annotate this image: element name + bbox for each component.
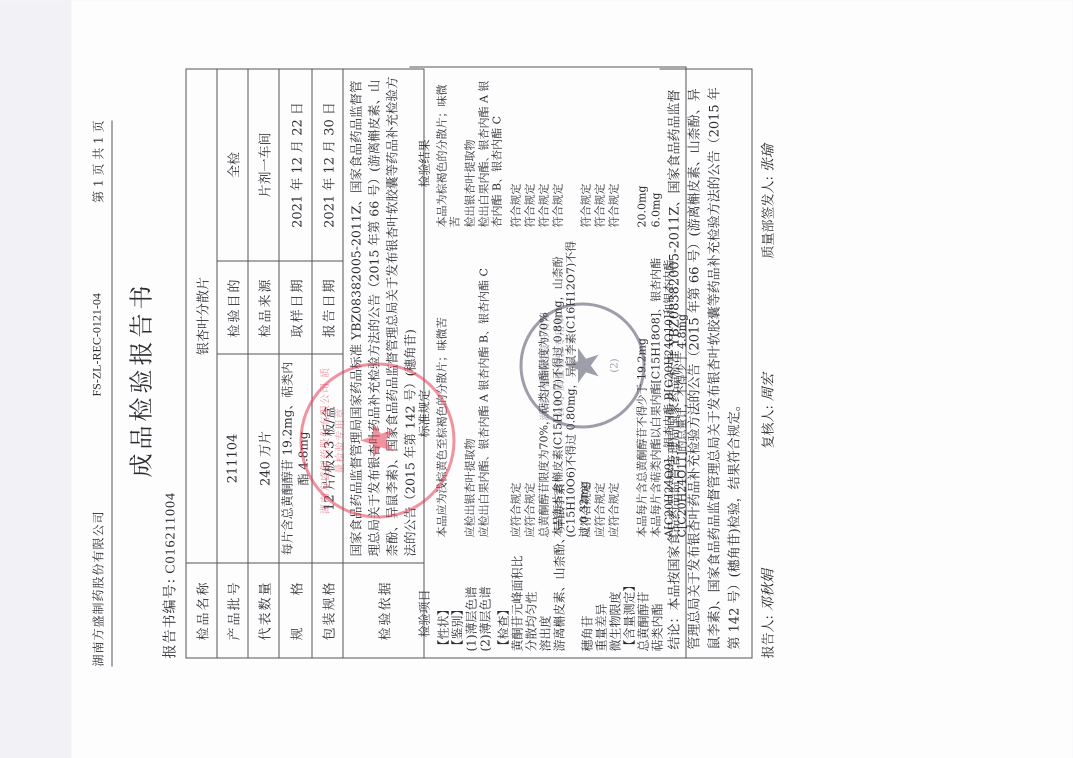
purpose-value: 全检 bbox=[217, 69, 248, 261]
table-row: 包装规格 12 片/板×3 板/盒 报告日期 2021 年 12 月 30 日 bbox=[312, 69, 343, 658]
test-item-standard: 应检出银杏叶提取物 bbox=[464, 238, 477, 538]
column-header-result: 检验结果 bbox=[416, 139, 433, 187]
approver-label: 质量部签发人: bbox=[762, 176, 777, 258]
table-row: 规 格 每片含总黄酮醇苷 19.2mg、萜类内酯 4.8mg 取样日期 2021… bbox=[279, 69, 312, 658]
package-value: 12 片/板×3 板/盒 bbox=[312, 354, 343, 563]
test-item-result: 本品为棕褐色的分散片；味微苦 bbox=[436, 78, 462, 228]
report-date-value: 2021 年 12 月 30 日 bbox=[312, 69, 343, 261]
document-code: FS-ZL-REC-0121-04 bbox=[90, 293, 105, 396]
inspection-report-page: 湖南方盛制药股份有限公司 FS-ZL-REC-0121-04 第 1 页 共 1… bbox=[0, 1, 1073, 758]
report-number-label: 报告书编号: bbox=[163, 578, 179, 659]
header-rule bbox=[112, 121, 113, 667]
test-item-standard: 应符合规定 bbox=[580, 238, 593, 538]
scan-frame: 湖南方盛制药股份有限公司 FS-ZL-REC-0121-04 第 1 页 共 1… bbox=[0, 0, 1073, 758]
test-item-standard: 应符合规定 bbox=[594, 238, 607, 538]
sample-date-label: 取样日期 bbox=[279, 261, 312, 354]
quantity-value: 240 万片 bbox=[248, 354, 279, 563]
reviewer-label: 复核人: bbox=[762, 405, 777, 448]
spec-value: 每片含总黄酮醇苷 19.2mg、萜类内酯 4.8mg bbox=[279, 354, 312, 563]
company-name: 湖南方盛制药股份有限公司 bbox=[90, 510, 107, 666]
batch-label: 产品批号 bbox=[217, 563, 248, 658]
quantity-label: 代表数量 bbox=[248, 563, 279, 658]
reporter-label: 报告人: bbox=[762, 615, 777, 658]
column-header-item: 检验项目 bbox=[416, 589, 433, 637]
test-item-result: 符合规定 bbox=[552, 78, 565, 228]
product-name-label: 检品名称 bbox=[186, 563, 217, 658]
reporter-signature: 邓秋娟 bbox=[761, 569, 777, 611]
reviewer: 复核人:周宏 bbox=[758, 373, 778, 448]
source-value: 片剂一车间 bbox=[248, 69, 279, 261]
rotated-page-wrapper: 湖南方盛制药股份有限公司 FS-ZL-REC-0121-04 第 1 页 共 1… bbox=[0, 1, 1073, 758]
reviewer-signature: 周宏 bbox=[761, 373, 777, 401]
test-item-standard: 应符合规定 bbox=[524, 238, 537, 538]
test-item-standard: 应检出白果内酯、银杏内酯 A 银杏内酯 B、银杏内酯 C bbox=[478, 238, 491, 538]
report-date-label: 报告日期 bbox=[312, 261, 343, 354]
approver-signature: 张瑜 bbox=[761, 144, 777, 172]
test-item-standard: 应符合规定 bbox=[510, 238, 523, 538]
test-item-result: 符合规定 bbox=[538, 78, 551, 228]
test-item-standard: 总黄酮醇苷限度为70%，萜类内酯限度为70% bbox=[538, 238, 551, 538]
page-info: 第 1 页 共 1 页 bbox=[90, 121, 107, 203]
test-item-standard: 应符合规定 bbox=[608, 238, 621, 538]
column-header-standard: 标准规定 bbox=[416, 389, 433, 437]
approver: 质量部签发人:张瑜 bbox=[758, 144, 778, 258]
test-item-result: 检出白果内酯、银杏内酯 A 银杏内酯 B、银杏内酯 C bbox=[478, 78, 504, 228]
test-item-name: (2)薄层色谱 bbox=[478, 587, 495, 652]
report-number: 报告书编号:C016211004 bbox=[160, 492, 180, 659]
report-title: 成品检验报告书 bbox=[122, 1, 157, 758]
scan-edge bbox=[0, 1, 72, 758]
test-items-table: 检验项目 标准规定 检验结果 【性状】本品应为浅棕黄色至棕褐色的分散片；味微苦本… bbox=[410, 67, 687, 659]
package-label: 包装规格 bbox=[312, 563, 343, 658]
test-item-result: 符合规定 bbox=[510, 78, 523, 228]
test-item-standard: 本品应为浅棕黄色至棕褐色的分散片；味微苦 bbox=[436, 238, 449, 538]
source-label: 检品来源 bbox=[248, 261, 279, 354]
test-item-result: 检出银杏叶提取物 bbox=[464, 78, 477, 228]
product-info-table: 检品名称 银杏叶分散片 产品批号 211104 检验目的 全检 代表数量 240… bbox=[186, 69, 425, 659]
test-item-result: 符合规定 bbox=[524, 78, 537, 228]
purpose-label: 检验目的 bbox=[217, 261, 248, 354]
batch-value: 211104 bbox=[217, 354, 248, 563]
test-item-result: 符合规定 bbox=[594, 78, 607, 228]
test-item-result: 符合规定 bbox=[580, 78, 593, 228]
report-number-value: C016211004 bbox=[164, 492, 179, 574]
table-row: 代表数量 240 万片 检品来源 片剂一车间 bbox=[248, 69, 279, 658]
product-name-value: 银杏叶分散片 bbox=[186, 69, 217, 563]
spec-label: 规 格 bbox=[279, 563, 312, 658]
conclusion: 结论：本品按国家食品药品监督管理局国家药品标准 YBZ08382005-2011… bbox=[660, 69, 753, 659]
sample-date-value: 2021 年 12 月 22 日 bbox=[279, 69, 312, 261]
table-row: 产品批号 211104 检验目的 全检 bbox=[217, 69, 248, 658]
test-item-result: 符合规定 bbox=[608, 78, 621, 228]
reporter: 报告人:邓秋娟 bbox=[758, 569, 778, 658]
table-row: 检品名称 银杏叶分散片 bbox=[186, 69, 217, 658]
test-item-result: 20.0mg bbox=[636, 78, 649, 228]
test-item-standard: 本品每片含总黄酮醇苷不得少于 19.2mg bbox=[636, 238, 649, 538]
